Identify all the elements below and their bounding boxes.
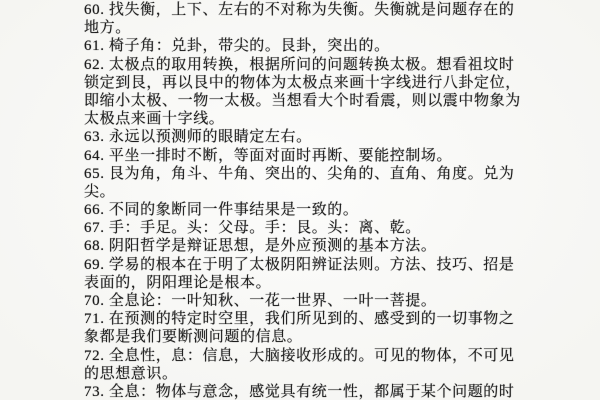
text-line: 66. 不同的象断同一件事结果是一致的。: [84, 201, 560, 219]
text-line: 64. 平坐一排时不断，等面对面时再断、要能控制场。: [84, 147, 560, 165]
text-line: 即缩小太极、一物一太极。当想看大个时看震，则以震中物象为: [84, 92, 560, 110]
text-line: 63. 永远以预测师的眼睛定左右。: [84, 128, 560, 146]
text-line: 71. 在预测的特定时空里，我们所见到的、感受到的一切事物之: [84, 310, 560, 328]
text-line: 表面的，阴阳理论是根本。: [84, 274, 560, 292]
text-line: 尖。: [84, 183, 560, 201]
text-line: 太极点来画十字线。: [84, 110, 560, 128]
text-line: 67. 手：手足。头：父母。手：艮。头：离、乾。: [84, 219, 560, 237]
text-line: 的思想意识。: [84, 365, 560, 383]
scanned-page: 60. 找失衡，上下、左右的不对称为失衡。失衡就是问题存在的 地方。 61. 椅…: [0, 0, 600, 400]
text-line: 69. 学易的根本在于明了太极阴阳辨证法则。方法、技巧、招是: [84, 256, 560, 274]
text-line: 72. 全息性，息：信息，大脑接收形成的。可见的物体，不可见: [84, 347, 560, 365]
text-line: 68. 阴阳哲学是辩证思想，是外应预测的基本方法。: [84, 237, 560, 255]
text-line: 73. 全息：物体与意念，感觉具有统一性，都属于某个问题的时: [84, 383, 560, 400]
text-line: 61. 椅子角：兑卦，带尖的。艮卦，突出的。: [84, 37, 560, 55]
text-line: 62. 太极点的取用转换，根据所问的问题转换太极。想看祖坟时: [84, 56, 560, 74]
text-line: 60. 找失衡，上下、左右的不对称为失衡。失衡就是问题存在的: [84, 1, 560, 19]
text-line: 70. 全息论：一叶知秋、一花一世界、一叶一菩提。: [84, 292, 560, 310]
text-line: 象都是我们要断测问题的信息。: [84, 328, 560, 346]
text-line: 地方。: [84, 19, 560, 37]
text-line: 锁定到艮，再以艮中的物体为太极点来画十字线进行八卦定位，: [84, 74, 560, 92]
text-line: 65. 艮为角，角斗、牛角、突出的、尖角的、直角、角度。兑为: [84, 165, 560, 183]
